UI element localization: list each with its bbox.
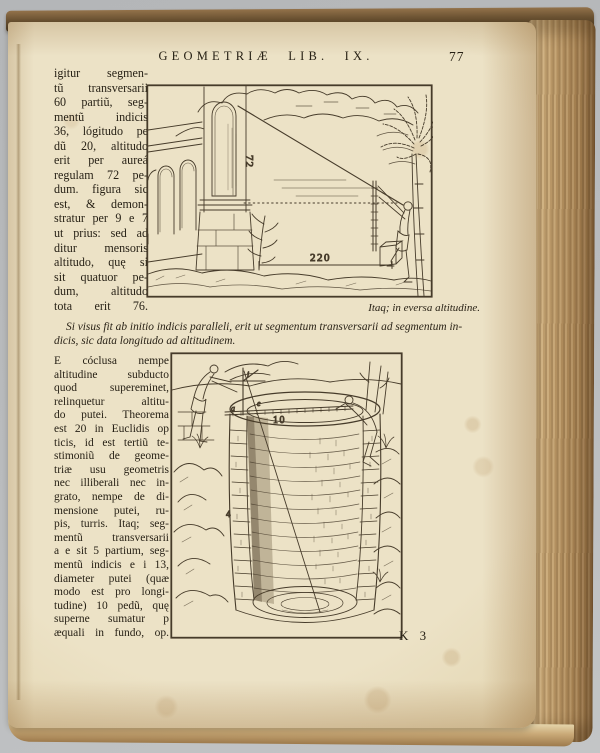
margin-line: est 20 in Euclidis op <box>54 423 169 437</box>
margin-line: dum. figura sic <box>54 182 148 197</box>
woodcut-figure-well-depth: 10 i e a 4 <box>170 352 403 639</box>
palm-trunk <box>412 154 424 296</box>
margin-line: tũ transversarii <box>54 81 148 96</box>
margin-line: superne sumatur p <box>54 613 169 627</box>
depth-label: 4 <box>226 509 231 519</box>
margin-line: mensione putei, ru- <box>54 505 169 519</box>
left-bank-bricks <box>178 412 214 440</box>
right-rocks <box>374 448 400 614</box>
reeds <box>360 362 389 414</box>
margin-line: sit quatuor pe- <box>54 270 148 285</box>
margin-line: do putei. Theorema <box>54 409 169 423</box>
cloud-outline <box>264 114 413 125</box>
margin-line: æquali in fundo, op. <box>54 627 169 641</box>
note-line: dicis, sic data longitudo ad altitudinem… <box>54 334 496 348</box>
margin-line: 36, lógitudo pe <box>54 124 148 139</box>
margin-line: stimoniũ de geome- <box>54 450 169 464</box>
margin-line: erit per aureá <box>54 153 148 168</box>
running-head-title: GEOMETRIÆ LIB. IX. <box>140 49 392 65</box>
base-label: 220 <box>310 252 331 264</box>
palm-tree <box>381 95 433 172</box>
margin-paragraph-bottom: E cóclusa nempe altitudine subducto quod… <box>54 355 169 640</box>
height-label: 72 <box>243 155 255 168</box>
margin-line: tudine) 10 pedũ, quę <box>54 600 169 614</box>
margin-line: ticis, id est tertiũ te- <box>54 437 169 451</box>
margin-line: nec illiberali nec in- <box>54 477 169 491</box>
margin-paragraph-top: igitur segmen- tũ transversarii 60 parti… <box>54 66 148 313</box>
italic-note: Si visus fit ab initio indicis paralleli… <box>54 320 496 348</box>
woodcut-figure-tower-measurement: 72 220 <box>146 84 433 298</box>
signature-mark: K 3 <box>399 628 439 644</box>
figure1-caption: Itaq; in eversa altitudine. <box>338 302 480 314</box>
page-gutter-crease <box>16 44 21 700</box>
margin-line: dũ 20, altitudo <box>54 139 148 154</box>
margin-line: regulam 72 pe- <box>54 168 148 183</box>
margin-line: tota erit 76. <box>54 299 148 314</box>
margin-line: 60 partiũ, seg- <box>54 95 148 110</box>
note-line: Si visus fit ab initio indicis paralleli… <box>54 320 496 334</box>
margin-line: igitur segmen- <box>54 66 148 81</box>
margin-line: mentũ indicis e i 13, <box>54 559 169 573</box>
margin-line: grato, nempe de di- <box>54 491 169 505</box>
margin-line: ut prius: sed ad <box>54 226 148 241</box>
cross-staff-rod <box>373 181 376 251</box>
margin-line: altitudine subducto <box>54 369 169 383</box>
margin-line: mentũ transversarii <box>54 532 169 546</box>
margin-line: a e sit 5 partium, seg- <box>54 545 169 559</box>
margin-line: pis, turris. Itaq; seg- <box>54 518 169 532</box>
staff-label-a: a <box>231 404 235 413</box>
margin-line: dum, altitudo <box>54 284 148 299</box>
page-number: 77 <box>449 49 479 65</box>
margin-line: mentũ indicis <box>54 110 148 125</box>
margin-line: altitudo, quę si <box>54 255 148 270</box>
margin-line: est, & demon- <box>54 197 148 212</box>
margin-line: E cóclusa nempe <box>54 355 169 369</box>
left-rocks <box>174 463 228 602</box>
margin-line: quod supereminet, <box>54 382 169 396</box>
staff-label-i: i <box>247 370 249 379</box>
margin-line: diameter putei (quæ <box>54 573 169 587</box>
margin-line: modo est pro longi- <box>54 586 169 600</box>
margin-line: triæ usu geometris <box>54 464 169 478</box>
left-surveyor-figure <box>183 365 237 442</box>
cloud-outline <box>198 90 418 114</box>
margin-line: ditur mensoris <box>54 241 148 256</box>
margin-line: stratur per 9 e 7 <box>54 211 148 226</box>
margin-line: relinquetur altitu- <box>54 396 169 410</box>
cloud-outline <box>225 361 298 380</box>
staff-label-e: e <box>257 399 261 408</box>
rod-width-label: 10 <box>273 415 286 426</box>
